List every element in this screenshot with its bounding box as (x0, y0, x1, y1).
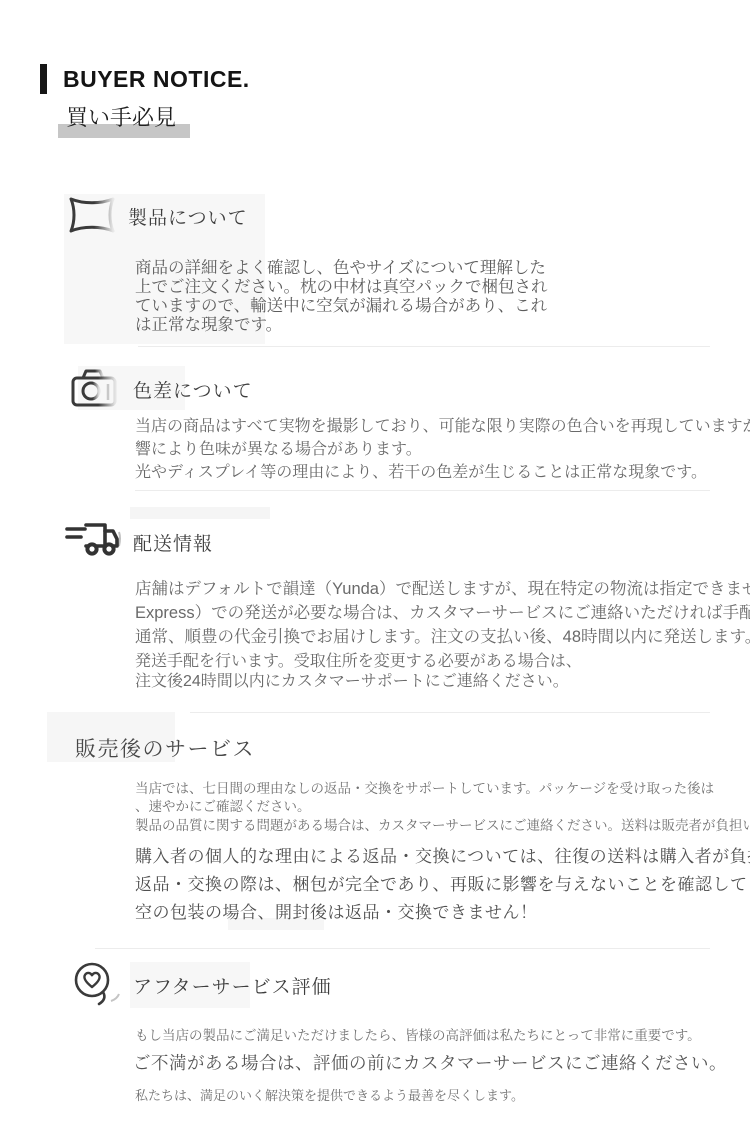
body-line: 、速やかにご確認ください。 (135, 795, 311, 815)
body-line: 通常、順豊の代金引換でお届けします。注文の支払い後、48時間以内に発送します。 (135, 623, 750, 647)
section-title-review: アフターサービス評価 (133, 972, 332, 999)
body-line: 響により色味が異なる場合があります。 (135, 436, 422, 459)
body-line: は正常な現象です。 (135, 311, 282, 335)
page-title-ja: 買い手必見 (66, 101, 176, 132)
section-title-shipping: 配送情報 (133, 529, 213, 556)
buyer-notice-page: BUYER NOTICE. 買い手必見 製品について 商品の詳細をよく確認し、色… (0, 0, 750, 1144)
body-line: Express）での発送が必要な場合は、カスタマーサービスにご連絡いただければ手… (135, 599, 750, 623)
body-line: 製品の品質に関する問題がある場合は、カスタマーサービスにご連絡ください。送料は販… (135, 814, 750, 834)
pillow-icon (66, 192, 118, 238)
section-title-after-sale: 販売後のサービス (75, 733, 255, 763)
divider (190, 712, 710, 713)
body-line: ご不満がある場合は、評価の前にカスタマーサービスにご連絡ください。 (133, 1050, 727, 1075)
body-line: 空の包装の場合、開封後は返品・交換できません！ (135, 898, 538, 923)
section-title-color: 色差について (133, 376, 253, 403)
background-tint (130, 507, 270, 519)
divider (95, 948, 710, 949)
body-line: 返品・交換の際は、梱包が完全であり、再販に影響を与えないことを確認してください (135, 870, 750, 895)
body-line: 当店では、七日間の理由なしの返品・交換をサポートしています。パッケージを受け取っ… (135, 777, 714, 797)
body-line: 店舗はデフォルトで韻達（Yunda）で配送しますが、現在特定の物流は指定できませ… (135, 575, 750, 599)
accent-bar (40, 64, 47, 94)
page-title-en: BUYER NOTICE. (63, 66, 250, 93)
camera-icon (70, 366, 120, 410)
heart-bubble-icon (70, 960, 120, 1006)
divider (138, 346, 710, 347)
body-line: 注文後24時間以内にカスタマーサポートにご連絡ください。 (135, 668, 569, 691)
body-line: もし当店の製品にご満足いただけましたら、皆様の高評価は私たちにとって非常に重要で… (135, 1024, 701, 1044)
section-title-product: 製品について (128, 203, 248, 230)
divider (135, 490, 710, 491)
body-line: 当店の商品はすべて実物を撮影しており、可能な限り実際の色合いを再現していますが (135, 413, 750, 436)
body-line: 光やディスプレイ等の理由により、若干の色差が生じることは正常な現象です。 (135, 459, 707, 482)
body-line: 購入者の個人的な理由による返品・交換については、往復の送料は購入者が負担するも (135, 842, 750, 867)
truck-icon (64, 518, 122, 560)
body-line: 私たちは、満足のいく解決策を提供できるよう最善を尽くします。 (135, 1085, 524, 1104)
